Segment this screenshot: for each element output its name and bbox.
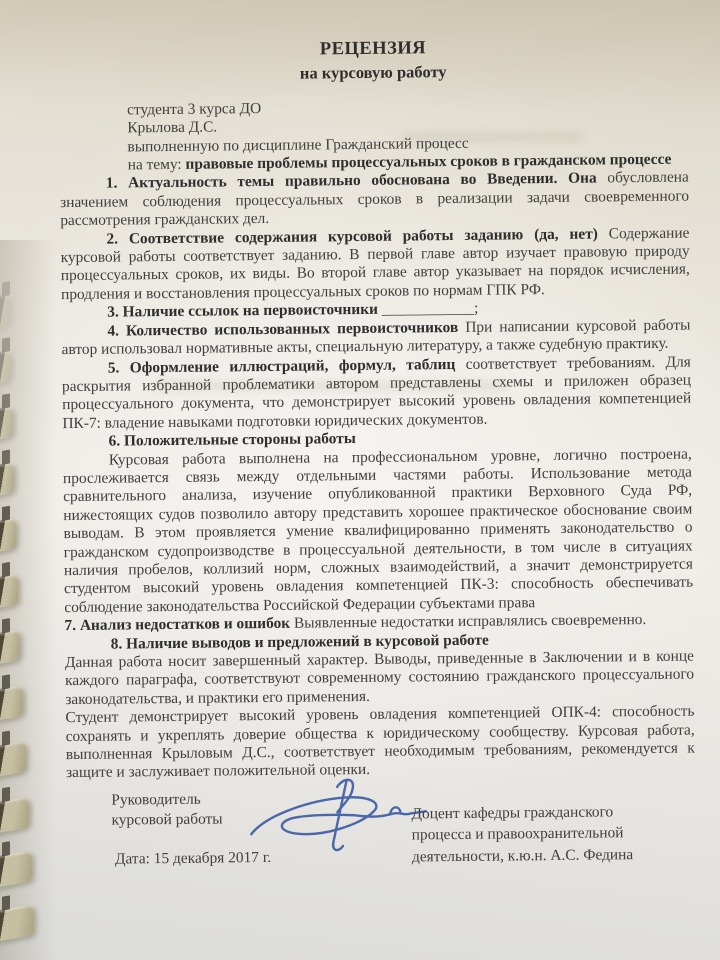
reviewer-title-line1: Доцент кафедры гражданского: [411, 800, 681, 824]
signature-ink: [244, 771, 435, 873]
paragraph-7-heading: 7. Анализ недостатков и ошибок: [64, 615, 290, 634]
reviewer-title-line3: деятельности, к.ю.н. А.С. Федина: [412, 843, 682, 867]
signature-block: Руководитель курсовой работы Дата: 15 де…: [66, 784, 697, 941]
paragraph-5-heading: 5. Оформление иллюстраций, формул, табли…: [108, 355, 456, 376]
topic-label: на тему:: [128, 156, 186, 174]
paragraph-7-text: Выявленные недостатки исправлялись своев…: [294, 611, 647, 632]
paragraph-8-text-1: Данная работа носит завершенный характер…: [65, 648, 695, 710]
document-title: РЕЦЕНЗИЯ: [58, 37, 687, 62]
paragraph-4-heading: 4. Количество использованных первоисточн…: [107, 319, 458, 340]
document-subtitle: на курсовую работу: [59, 61, 688, 86]
paragraph-2: 2. Соответствие содержания курсовой рабо…: [60, 224, 690, 304]
document-page: РЕЦЕНЗИЯ на курсовую работу студента 3 к…: [0, 0, 720, 960]
reviewer-title: Доцент кафедры гражданского процесса и п…: [411, 800, 682, 867]
paragraph-6-text: Курсовая работа выполнена на профессиона…: [63, 445, 694, 617]
intro-block: студента 3 курса ДО Крылова Д.С. выполне…: [127, 95, 689, 174]
reviewer-title-line2: процесса и правоохранительной: [412, 822, 682, 846]
paragraph-5: 5. Оформление иллюстраций, формул, табли…: [62, 353, 692, 433]
paragraph-3-heading: 3. Наличие ссылок на первоисточники: [107, 301, 378, 321]
paragraph-1: 1. Актуальность темы правильно обоснован…: [60, 169, 690, 231]
paragraph-3-blank: ____________;: [382, 300, 479, 318]
